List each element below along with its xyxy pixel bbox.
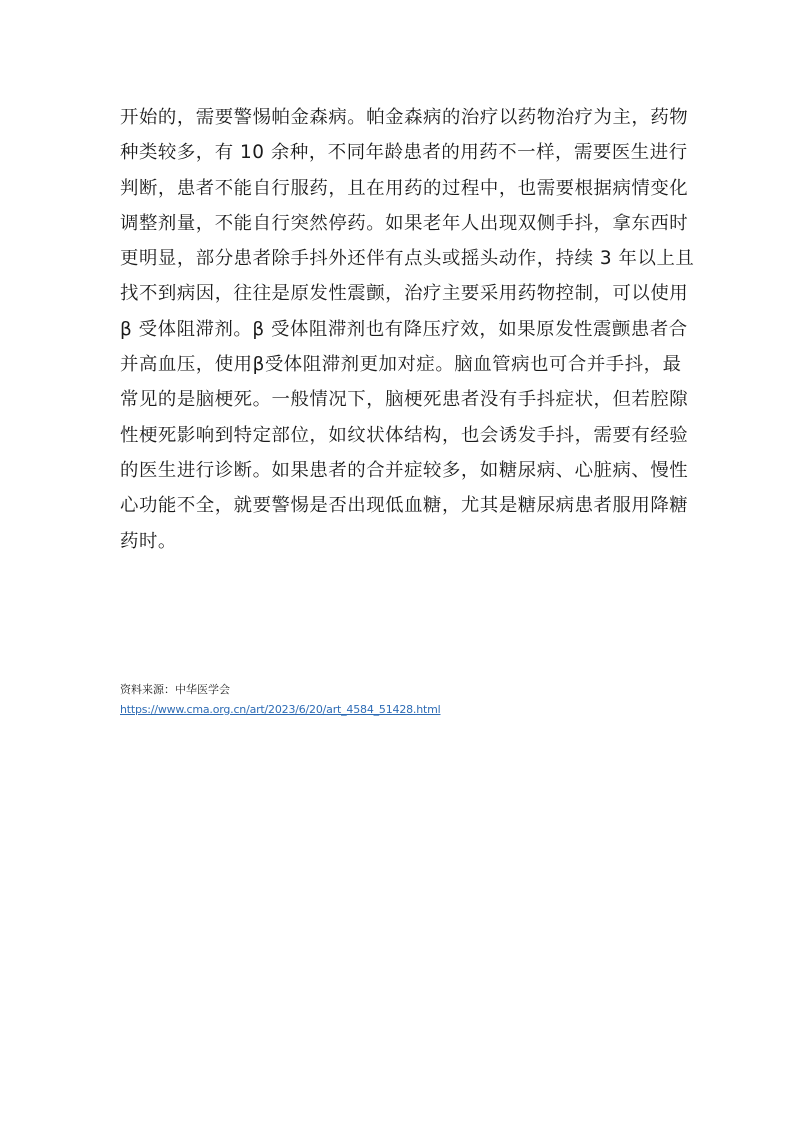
paragraph-line: 常见的是脑梗死。一般情况下，脑梗死患者没有手抖症状，但若腔隙 [120,382,680,417]
paragraph-line: β 受体阻滞剂。β 受体阻滞剂也有降压疗效，如果原发性震颤患者合 [120,312,680,347]
paragraph-line: 调整剂量，不能自行突然停药。如果老年人出现双侧手抖，拿东西时 [120,206,680,241]
paragraph-line: 判断，患者不能自行服药，且在用药的过程中，也需要根据病情变化 [120,171,680,206]
source-label: 资料来源：中华医学会 [120,680,440,700]
source-citation: 资料来源：中华医学会 https://www.cma.org.cn/art/20… [120,680,440,720]
paragraph-line: 性梗死影响到特定部位，如纹状体结构，也会诱发手抖，需要有经验 [120,418,680,453]
body-paragraph: 开始的，需要警惕帕金森病。帕金森病的治疗以药物治疗为主，药物 种类较多，有 10… [120,100,680,559]
paragraph-line: 找不到病因，往往是原发性震颤，治疗主要采用药物控制，可以使用 [120,276,680,311]
paragraph-line: 开始的，需要警惕帕金森病。帕金森病的治疗以药物治疗为主，药物 [120,100,680,135]
paragraph-line: 种类较多，有 10 余种，不同年龄患者的用药不一样，需要医生进行 [120,135,680,170]
paragraph-line: 的医生进行诊断。如果患者的合并症较多，如糖尿病、心脏病、慢性 [120,453,680,488]
source-link[interactable]: https://www.cma.org.cn/art/2023/6/20/art… [120,700,440,720]
paragraph-line: 更明显，部分患者除手抖外还伴有点头或摇头动作，持续 3 年以上且 [120,241,680,276]
paragraph-line: 并高血压，使用β受体阻滞剂更加对症。脑血管病也可合并手抖，最 [120,347,680,382]
document-page: 开始的，需要警惕帕金森病。帕金森病的治疗以药物治疗为主，药物 种类较多，有 10… [0,0,793,1122]
paragraph-line: 心功能不全，就要警惕是否出现低血糖，尤其是糖尿病患者服用降糖 [120,488,680,523]
paragraph-line: 药时。 [120,524,680,559]
